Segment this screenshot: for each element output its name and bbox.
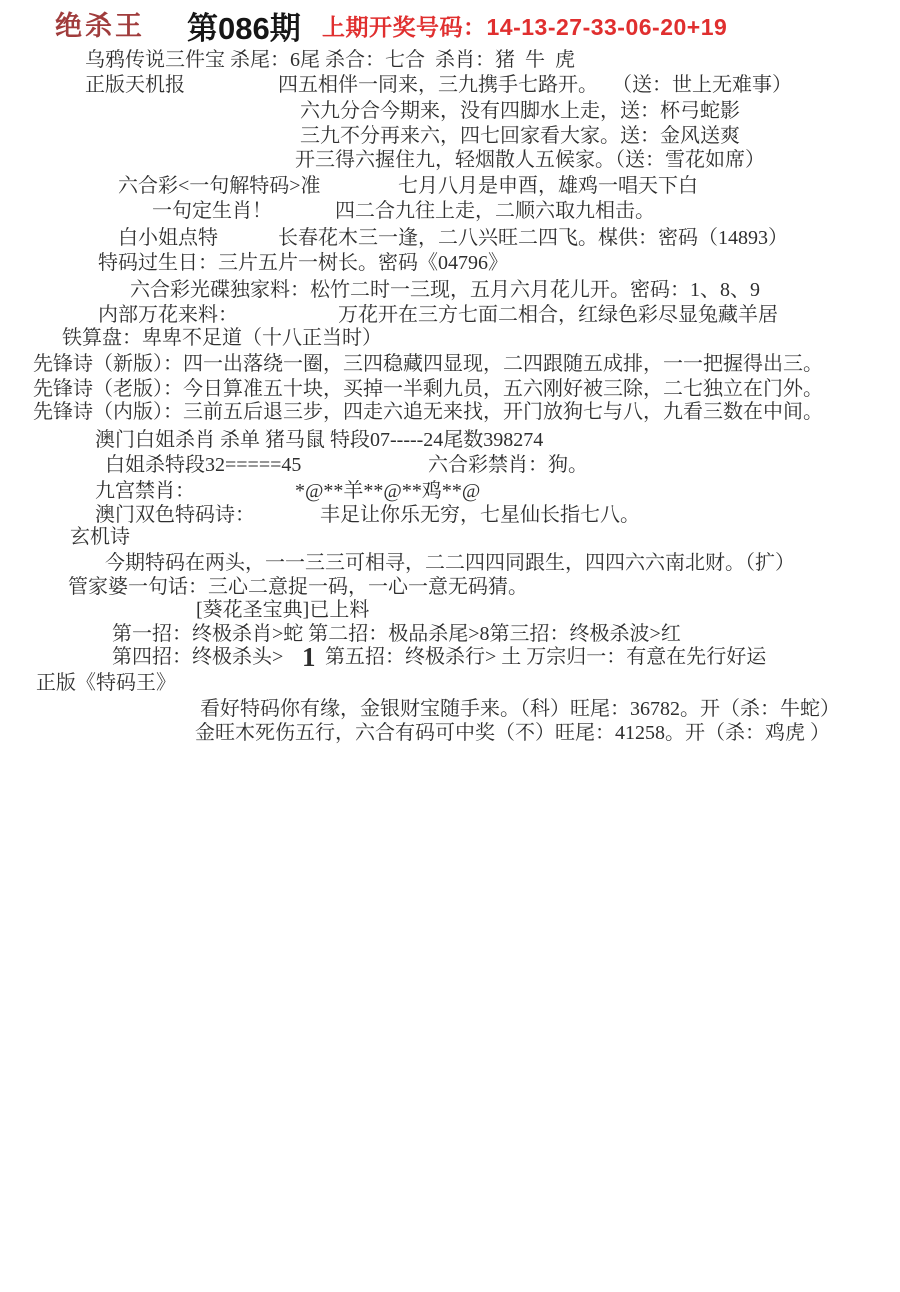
text-line-15-segment: 先锋诗（内版）：三前五后退三步，四走六追无来找，开门放狗七与八，九看三数在中间。 [33,400,823,424]
text-line-5-segment: 开三得六握住九，轻烟散人五候家。（送：雪花如席） [295,148,765,172]
text-line-23-segment: [葵花圣宝典]已上料 [196,598,369,622]
text-line-2-segment: 正版天机报 [85,73,185,97]
text-line-19-segment: 澳门双色特码诗： [95,503,255,527]
text-line-22-segment: 管家婆一句话：三心二意捉一码，一心一意无码猜。 [68,575,528,599]
page: 绝杀王 第086期 上期开奖号码：14-13-27-33-06-20+19 乌鸦… [0,0,900,1292]
text-line-20-segment: 玄机诗 [70,525,130,549]
text-line-10-segment: 六合彩光碟独家料：松竹二时一三现，五月六月花儿开。密码：1、8、9 [130,278,760,302]
text-line-7-segment: 四二合九往上走，二顺六取九相击。 [335,199,655,223]
document-body: 乌鸦传说三件宝 杀尾：6尾 杀合：七合 杀肖：猪 牛 虎正版天机报四五相伴一同来… [0,0,900,1292]
text-line-26-segment: 正版《特码王》 [36,671,176,695]
text-line-2-segment: （送：世上无难事） [612,73,792,97]
text-line-7-segment: 一句定生肖！ [152,199,272,223]
text-line-2-segment: 四五相伴一同来，三九携手七路开。 [278,73,598,97]
text-line-3-segment: 六九分合今期来，没有四脚水上走，送：杯弓蛇影 [300,99,740,123]
text-line-17-segment: 六合彩禁肖：狗。 [428,453,588,477]
text-line-18-segment: *@**羊**@**鸡**@ [295,479,480,503]
text-line-11-segment: 万花开在三方七面二相合，红绿色彩尽显兔藏羊居 [338,303,778,327]
text-line-19-segment: 丰足让你乐无穷，七星仙长指七八。 [320,503,640,527]
text-line-14-segment: 先锋诗（老版）：今日算准五十块，买掉一半剩九员，五六刚好被三除，二七独立在门外。 [33,377,823,401]
text-line-21-segment: 今期特码在两头，一一三三可相寻，二二四四同跟生，四四六六南北财。（扩） [105,551,795,575]
text-line-11-segment: 内部万花来料： [98,303,238,327]
text-line-13-segment: 先锋诗（新版）：四一出落绕一圈，三四稳藏四显现，二四跟随五成排，一一把握得出三。 [33,352,823,376]
text-line-6-segment: 七月八月是申酉，雄鸡一唱天下白 [398,174,698,198]
text-line-6-segment: 六合彩<一句解特码>准 [118,174,321,198]
text-line-24-segment: 第一招：终极杀肖>蛇 第二招：极品杀尾>8第三招：终极杀波>红 [112,622,681,646]
text-line-18-segment: 九宫禁肖： [95,479,195,503]
text-line-27-segment: 看好特码你有缘，金银财宝随手来。（科）旺尾：36782。开（杀：牛蛇） [200,697,840,721]
text-line-28-segment: 金旺木死伤五行，六合有码可中奖（不）旺尾：41258。开（杀：鸡虎 ） [195,721,830,745]
text-line-17-segment: 白姐杀特段32=====45 [105,453,301,477]
text-line-25-segment: 第五招：终极杀行> 土 万宗归一：有意在先行好运 [320,645,766,669]
text-line-8-segment: 白小姐点特 [118,226,218,250]
text-line-1-segment: 乌鸦传说三件宝 杀尾：6尾 杀合：七合 杀肖：猪 牛 虎 [85,48,575,72]
text-line-8-segment: 长春花木三一逢，二八兴旺二四飞。楳供：密码（14893） [278,226,788,250]
text-line-9-segment: 特码过生日：三片五片一树长。密码《04796》 [98,251,508,275]
text-line-25-segment: 1 [302,645,316,669]
text-line-16-segment: 澳门白姐杀肖 杀单 猪马鼠 特段07-----24尾数398274 [95,428,543,452]
text-line-25-segment: 第四招：终极杀头> [112,645,283,669]
text-line-12-segment: 铁算盘：卑卑不足道（十八正当时） [62,326,382,350]
text-line-4-segment: 三九不分再来六，四七回家看大家。送：金风送爽 [300,124,740,148]
